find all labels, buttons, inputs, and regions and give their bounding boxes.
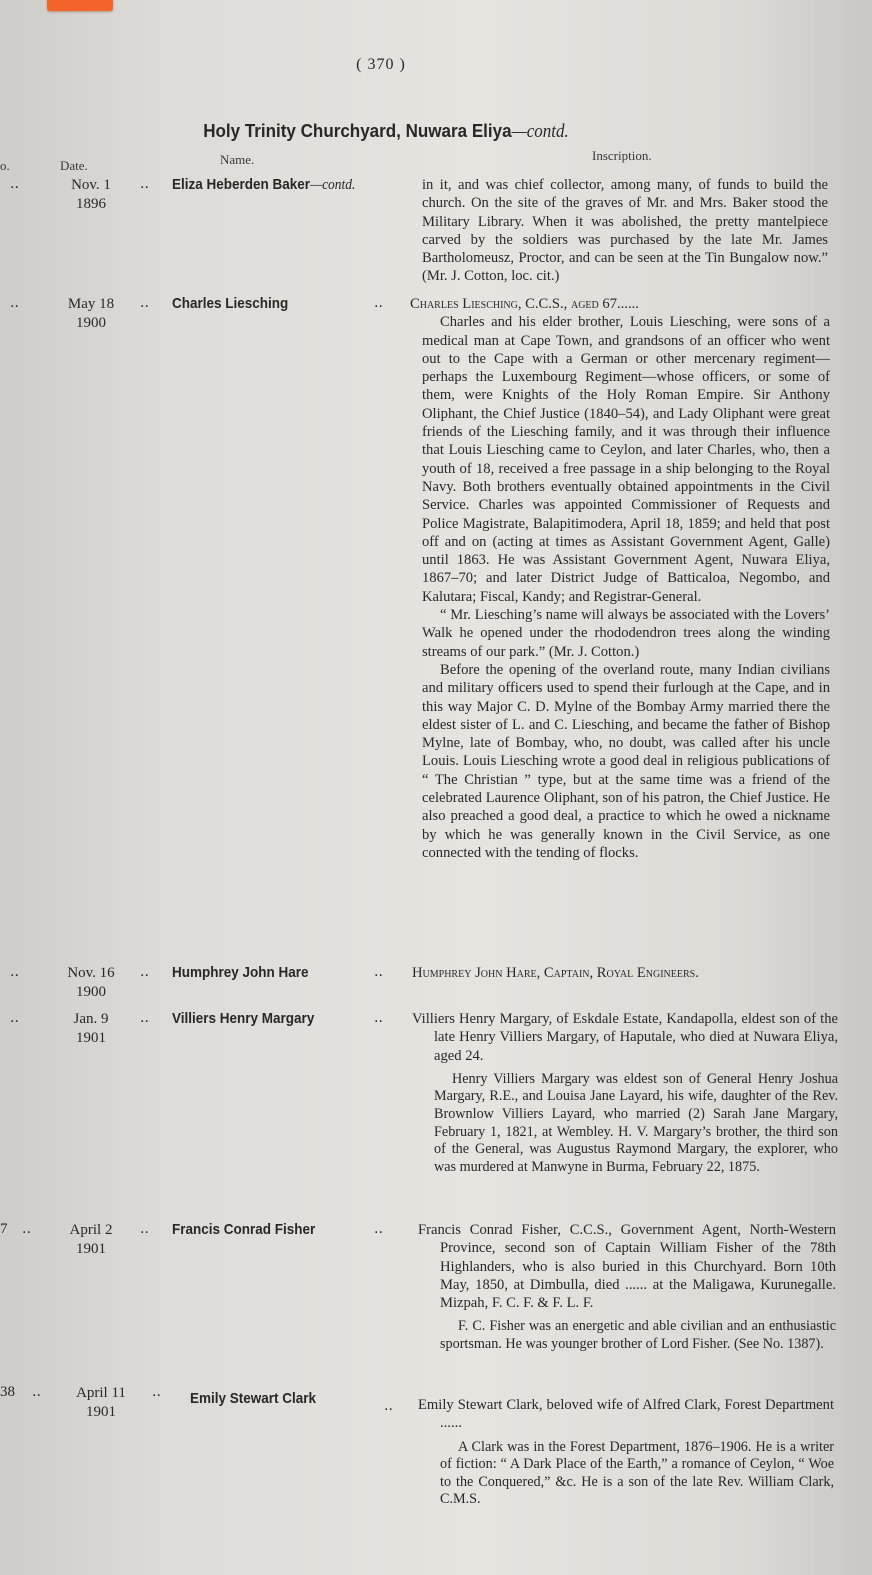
leader-dots: .. [140, 176, 149, 192]
column-header-name: Name. [220, 152, 254, 168]
entry-name: Humphrey John Hare [172, 964, 309, 981]
leader-dots: .. [384, 1398, 393, 1414]
entry-date: Nov. 11896 [48, 176, 134, 214]
page-title-suffix: —contd. [512, 122, 569, 142]
orange-bookmark-tab [47, 0, 113, 11]
entry-date: April 21901 [48, 1221, 134, 1259]
entry-name: Charles Liesching [172, 295, 288, 312]
entry-note: Charles and his elder brother, Louis Lie… [422, 313, 830, 606]
leader-dots: .. [140, 1221, 149, 1237]
leader-dots: .. [152, 1384, 161, 1400]
leader-dots: .. [374, 1010, 383, 1026]
leader-dots: .. [374, 1221, 383, 1237]
leader-dots: .. [10, 964, 19, 980]
entry-inscription: Emily Stewart Clark, beloved wife of Alf… [418, 1396, 834, 1509]
entry-inscription: Villiers Henry Margary, of Eskdale Estat… [412, 1010, 838, 1176]
leader-dots: .. [10, 295, 19, 311]
entry-inscription: Francis Conrad Fisher, C.C.S., Governmen… [418, 1221, 836, 1354]
leader-dots: .. [374, 964, 383, 980]
column-header-no: o. [0, 158, 10, 174]
entry-number: 38 [0, 1384, 15, 1401]
entry-date: May 181900 [48, 295, 134, 333]
column-header-date: Date. [60, 158, 88, 174]
entry-number: 7 [0, 1221, 8, 1238]
leader-dots: .. [10, 176, 19, 192]
entry-name: Villiers Henry Margary [172, 1010, 314, 1027]
column-header-inscription: Inscription. [592, 148, 652, 164]
page-title-text: Holy Trinity Churchyard, Nuwara Eliya [203, 120, 511, 141]
entry-date: Jan. 91901 [48, 1010, 134, 1048]
entry-name: Eliza Heberden Baker—contd. [172, 176, 355, 194]
entry-note: F. C. Fisher was an energetic and able c… [440, 1318, 836, 1353]
entry-date: Nov. 161900 [48, 964, 134, 1002]
entry-date: April 111901 [58, 1384, 144, 1422]
entry-note: “ Mr. Liesching’s name will always be as… [422, 606, 830, 661]
entry-inscription: in it, and was chief collector, among ma… [422, 176, 828, 286]
leader-dots: .. [10, 1010, 19, 1026]
entry-name: Emily Stewart Clark [190, 1390, 316, 1407]
leader-dots: .. [140, 295, 149, 311]
leader-dots: .. [374, 295, 383, 311]
leader-dots: .. [32, 1384, 41, 1400]
entry-inscription: Charles Liesching, C.C.S., aged 67......… [410, 295, 830, 862]
leader-dots: .. [22, 1221, 31, 1237]
entry-note: Before the opening of the overland route… [422, 661, 830, 862]
entry-note: A Clark was in the Forest Department, 18… [440, 1439, 834, 1509]
leader-dots: .. [140, 964, 149, 980]
page-number: ( 370 ) [0, 56, 762, 74]
entry-name: Francis Conrad Fisher [172, 1221, 315, 1238]
leader-dots: .. [140, 1010, 149, 1026]
page-title: Holy Trinity Churchyard, Nuwara Eliya—co… [31, 120, 741, 143]
entry-note: Henry Villiers Margary was eldest son of… [434, 1071, 838, 1177]
entry-inscription: Humphrey John Hare, Captain, Royal Engin… [412, 964, 838, 982]
